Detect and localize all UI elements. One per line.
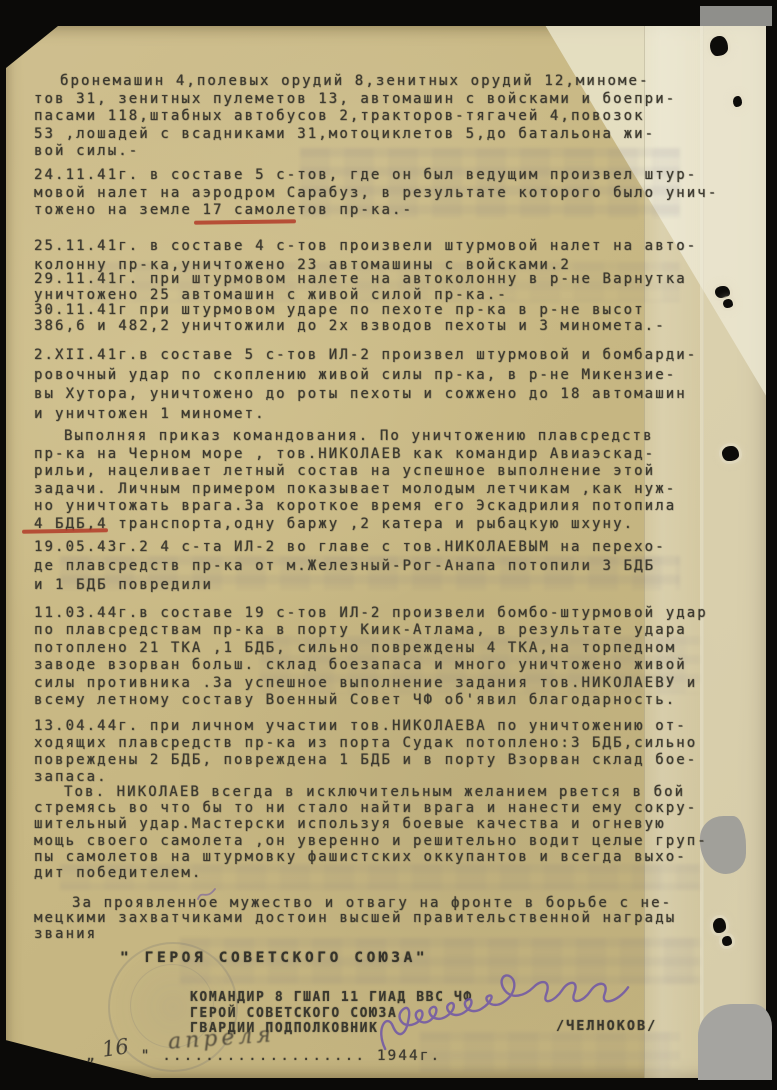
typed-line: но уничтожать врага.За короткое время ег… — [34, 498, 676, 516]
typed-line: пы самолетов на штурмовку фашистских окк… — [34, 849, 708, 865]
typed-line: 30.11.41г при штурмовом ударе по пехоте … — [34, 302, 666, 318]
typed-line: 29.11.41г. при штурмовом налете на авток… — [34, 271, 687, 287]
typed-line: 13.04.44г. при личном участии тов.НИКОЛА… — [34, 718, 697, 735]
typed-line: вой силы.- — [34, 143, 676, 161]
typed-line: задачи. Личным примером показывает молод… — [34, 481, 676, 499]
paper-hole — [733, 96, 742, 107]
typed-line: тов 31, зенитных пулеметов 13, автомашин… — [34, 91, 676, 109]
typed-line: бронемашин 4,полевых орудий 8,зенитных о… — [34, 73, 676, 91]
typed-paragraph: 19.05.43г.2 4 с-та ИЛ-2 во главе с тов.Н… — [34, 538, 666, 595]
ink-mark — [196, 886, 218, 904]
paper-hole — [722, 936, 732, 946]
typed-line: всему летному составу Военный Совет ЧФ о… — [34, 692, 708, 709]
typed-paragraph: 13.04.44г. при личном участии тов.НИКОЛА… — [34, 718, 697, 786]
typed-line: 386,6 и 482,2 уничтожили до 2х взводов п… — [34, 318, 666, 334]
typed-line: 25.11.41г. в составе 4 с-тов произвели ш… — [34, 237, 697, 256]
typed-line: тожено на земле 17 самолетов пр-ка.- — [34, 202, 718, 220]
typed-paragraph: Выполняя приказ командования. По уничтож… — [34, 428, 676, 533]
typed-line: 24.11.41г. в составе 5 с-тов, где он был… — [34, 167, 718, 185]
typed-paragraph: За проявленное мужество и отвагу на фрон… — [34, 896, 676, 942]
paper-hole — [715, 286, 730, 298]
typed-line: 53 ,лошадей с всадниками 31,мотоциклетов… — [34, 126, 676, 144]
typed-line: шительный удар.Мастерски используя боевы… — [34, 816, 708, 832]
typed-line: и уничтожен 1 миномет. — [34, 405, 697, 425]
typed-paragraph: 25.11.41г. в составе 4 с-тов произвели ш… — [34, 237, 697, 275]
paper-hole — [713, 918, 726, 933]
paper-hole — [710, 36, 728, 56]
typed-line: дит победителем. — [34, 865, 708, 881]
typed-line: 4 БДБ,4 транспорта,одну баржу ,2 катера … — [34, 516, 676, 534]
typed-line: силы противника .За успешное выполнение … — [34, 675, 708, 692]
typed-line: пасами 118,штабных автобусов 2,тракторов… — [34, 108, 676, 126]
typed-line: 19.05.43г.2 4 с-та ИЛ-2 во главе с тов.Н… — [34, 538, 666, 557]
typed-line: Тов. НИКОЛАЕВ всегда в исключительным же… — [34, 784, 708, 800]
typed-line: мовой налет на аэродром Сарабуз, в резул… — [34, 185, 718, 203]
typed-paragraph: бронемашин 4,полевых орудий 8,зенитных о… — [34, 73, 676, 161]
date-line: „" ................... 1944г. — [86, 1048, 441, 1064]
paper-hole — [723, 299, 733, 308]
typed-line: повреждены 2 БДБ, повреждена 1 БДБ и в п… — [34, 752, 697, 769]
typed-line: 11.03.44г.в составе 19 с-тов ИЛ-2 произв… — [34, 605, 708, 622]
date-close-quote: " — [141, 1048, 152, 1064]
typed-line: заводе взорван больш. склад боезапаса и … — [34, 657, 708, 674]
typed-line: и 1 БДБ повредили — [34, 576, 666, 595]
typed-paragraph: 11.03.44г.в составе 19 с-тов ИЛ-2 произв… — [34, 605, 708, 709]
typed-line: Выполняя приказ командования. По уничтож… — [34, 428, 676, 446]
typed-paragraph: 2.XII.41г.в составе 5 с-тов ИЛ-2 произве… — [34, 346, 697, 424]
date-year: 1944г. — [377, 1048, 441, 1064]
typed-line: 2.XII.41г.в составе 5 с-тов ИЛ-2 произве… — [34, 346, 697, 366]
typed-line: За проявленное мужество и отвагу на фрон… — [34, 896, 676, 911]
typed-line: потоплено 21 ТКА ,1 БДБ, сильно поврежде… — [34, 640, 708, 657]
typed-line: ходящих плавсредств пр-ка из порта Судак… — [34, 735, 697, 752]
underlying-page-patch — [700, 6, 772, 26]
typed-line: де плавсредств пр-ка от м.Железный-Рог-А… — [34, 557, 666, 576]
underlying-page-patch — [698, 1004, 772, 1080]
typed-paragraph: Тов. НИКОЛАЕВ всегда в исключительным же… — [34, 784, 708, 881]
typed-line: вы Хутора, уничтожено до роты пехоты и с… — [34, 385, 697, 405]
typed-paragraph: 24.11.41г. в составе 5 с-тов, где он был… — [34, 167, 718, 220]
scanned-document: бронемашин 4,полевых орудий 8,зенитных о… — [0, 0, 777, 1090]
typed-line: по плавсредствам пр-ка в порту Киик-Атла… — [34, 622, 708, 639]
typed-line: ровочный удар по скоплению живой силы пр… — [34, 366, 697, 386]
typed-paragraph: 30.11.41г при штурмовом ударе по пехоте … — [34, 302, 666, 334]
typed-line: мецкими захватчиками достоин высшей прав… — [34, 911, 676, 926]
typed-line: звания — [34, 927, 676, 942]
typed-paragraph: 29.11.41г. при штурмовом налете на авток… — [34, 271, 687, 303]
date-open-quote: „ — [86, 1048, 97, 1064]
typed-line: мощь своего самолета ,он уверенно и реши… — [34, 833, 708, 849]
typed-line: стремясь во что бы то ни стало найти вра… — [34, 800, 708, 816]
paper-hole — [722, 446, 739, 461]
typed-line: уничтожено 25 автомашин с живой силой пр… — [34, 287, 687, 303]
typed-line: рильи, нацеливает летный состав на успеш… — [34, 463, 676, 481]
typed-line: пр-ка на Черном море , тов.НИКОЛАЕВ как … — [34, 446, 676, 464]
handwritten-day: 16 — [100, 1034, 130, 1061]
